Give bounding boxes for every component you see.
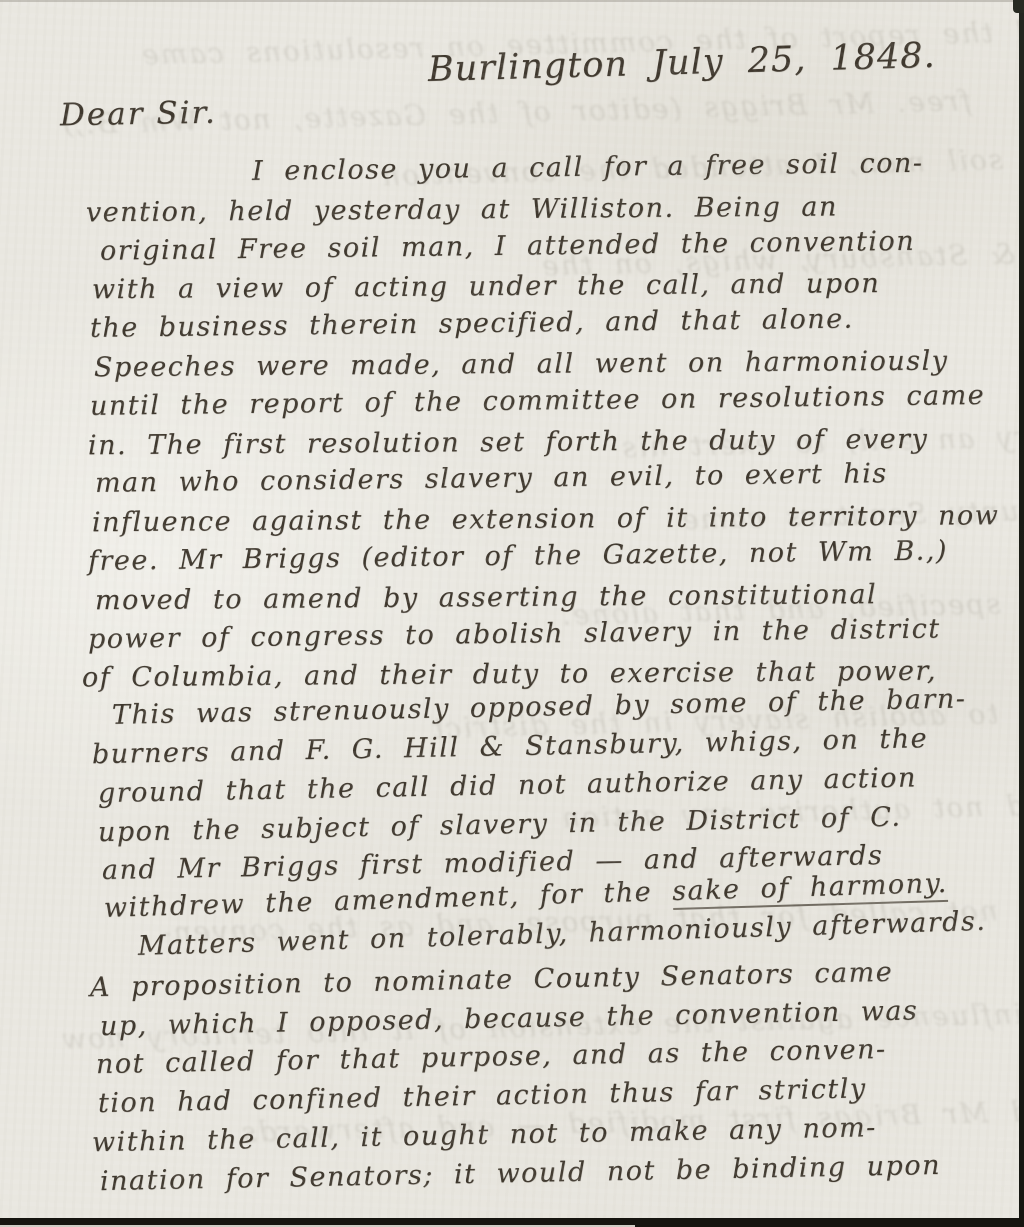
dateline: Burlington July 25, 1848. (427, 36, 936, 90)
scan-edge-right (1019, 0, 1024, 1227)
scan-edge-right-top-notch (1013, 0, 1024, 13)
letter-content: Burlington July 25, 1848. Dear Sir. I en… (0, 0, 1024, 1227)
body-line: I enclose you a call for a free soil con… (0, 144, 1020, 195)
letter-body: I enclose you a call for a free soil con… (0, 156, 1020, 1204)
underlined-phrase: sake of harmony. (672, 868, 948, 910)
salutation: Dear Sir. (60, 95, 217, 134)
scanned-letter-page: until the report of the committee on res… (0, 0, 1024, 1227)
scan-edge-top (0, 0, 1024, 2)
